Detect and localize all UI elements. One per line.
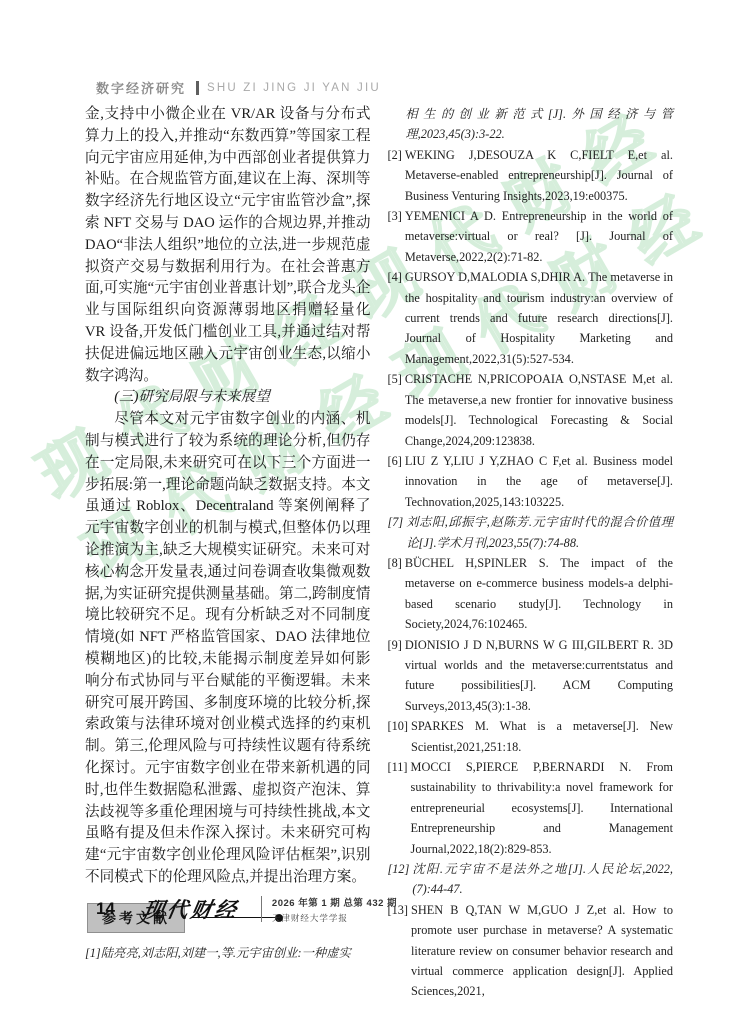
journal-logo: 现代财经 [140,894,241,924]
reference-item-11: [11] MOCCI S,PIERCE P,BERNARDI N. From s… [388,757,674,859]
reference-text: LIU Z Y,LIU J Y,ZHAO C F,et al. Business… [405,451,673,512]
body-paragraph-continued: 金,支持中小微企业在 VR/AR 设备与分布式算力上的投入,并推动“东数西算”等… [85,104,371,387]
left-column: 金,支持中小微企业在 VR/AR 设备与分布式算力上的投入,并推动“东数西算”等… [85,104,371,1002]
reference-item-1: [1]陆亮亮,刘志阳,刘建一,等.元宇宙创业:一种虚实 [85,943,371,963]
running-header: 数字经济研究 SHU ZI JING JI YAN JIU [96,78,381,97]
reference-item-1-continuation: 相生的创业新范式[J].外国经济与管理,2023,45(3):3-22. [388,104,674,145]
header-divider-bar [196,81,199,95]
reference-item-4: [4] GURSOY D,MALODIA S,DHIR A. The metav… [388,267,674,369]
reference-text: SPARKES M. What is a metaverse[J]. New S… [411,716,673,757]
issue-info: 2026 年第 1 期 总第 432 期 天津财经大学学报 [272,895,397,924]
reference-number: [6] [388,451,405,512]
reference-text: WEKING J,DESOUZA K C,FIELT E,et al. Meta… [405,145,673,206]
subsection-heading: (三)研究局限与未来展望 [85,387,371,409]
reference-item-9: [9] DIONISIO J D N,BURNS W G III,GILBERT… [388,635,674,717]
reference-text: 相生的创业新范式[J].外国经济与管理,2023,45(3):3-22. [405,104,673,145]
reference-item-8: [8] BÜCHEL H,SPINLER S. The impact of th… [388,553,674,635]
reference-number: [9] [388,635,405,717]
page-number: 14 [96,899,115,919]
reference-number: [11] [388,757,411,859]
reference-text: CRISTACHE N,PRICOPOAIA O,NSTASE M,et al.… [405,369,673,451]
reference-text: YEMENICI A D. Entrepreneurship in the wo… [405,206,673,267]
reference-text: MOCCI S,PIERCE P,BERNARDI N. From sustai… [411,757,673,859]
reference-item-7: [7] 刘志阳,邱振宇,赵陈芳.元宇宙时代的混合价值理论[J].学术月刊,202… [388,512,674,553]
reference-text: 沈阳.元宇宙不是法外之地[J].人民论坛,2022,(7):44-47. [412,859,673,900]
reference-item-2: [2] WEKING J,DESOUZA K C,FIELT E,et al. … [388,145,674,206]
reference-item-12: [12] 沈阳.元宇宙不是法外之地[J].人民论坛,2022,(7):44-47… [388,859,674,900]
reference-text: 刘志阳,邱振宇,赵陈芳.元宇宙时代的混合价值理论[J].学术月刊,2023,55… [406,512,673,553]
reference-text: DIONISIO J D N,BURNS W G III,GILBERT R. … [405,635,673,717]
reference-item-5: [5] CRISTACHE N,PRICOPOAIA O,NSTASE M,et… [388,369,674,451]
reference-number: [2] [388,145,405,206]
journal-name: 天津财经大学学报 [272,912,397,924]
body-paragraph: 尽管本文对元宇宙数字创业的内涵、机制与模式进行了较为系统的理论分析,但仍存在一定… [85,409,371,889]
reference-number: [10] [388,716,412,757]
reference-number: [7] [388,512,407,553]
two-column-body: 金,支持中小微企业在 VR/AR 设备与分布式算力上的投入,并推动“东数西算”等… [85,104,673,1002]
reference-item-13: [13] SHEN B Q,TAN W M,GUO J Z,et al. How… [388,900,674,1002]
reference-text: BÜCHEL H,SPINLER S. The impact of the me… [405,553,673,635]
issue-number: 2026 年第 1 期 总第 432 期 [272,895,397,909]
reference-number: [3] [388,206,405,267]
section-title-cn: 数字经济研究 [96,78,186,97]
reference-number: [8] [388,553,405,635]
footer-divider [261,896,262,922]
page-footer: 14 现代财经 2026 年第 1 期 总第 432 期 天津财经大学学报 [96,894,397,924]
reference-item-6: [6] LIU Z Y,LIU J Y,ZHAO C F,et al. Busi… [388,451,674,512]
reference-number: [4] [388,267,405,369]
section-title-pinyin: SHU ZI JING JI YAN JIU [207,82,381,94]
journal-page: 现代财经现代财经 现代财经现代财经 数字经济研究 SHU ZI JING JI … [0,0,750,1010]
right-column: 相生的创业新范式[J].外国经济与管理,2023,45(3):3-22. [2]… [388,104,674,1002]
reference-item-10: [10] SPARKES M. What is a metaverse[J]. … [388,716,674,757]
reference-text: SHEN B Q,TAN W M,GUO J Z,et al. How to p… [411,900,673,1002]
reference-number: [5] [388,369,405,451]
reference-text: GURSOY D,MALODIA S,DHIR A. The metaverse… [405,267,673,369]
reference-item-3: [3] YEMENICI A D. Entrepreneurship in th… [388,206,674,267]
reference-text: [1]陆亮亮,刘志阳,刘建一,等.元宇宙创业:一种虚实 [85,943,371,963]
